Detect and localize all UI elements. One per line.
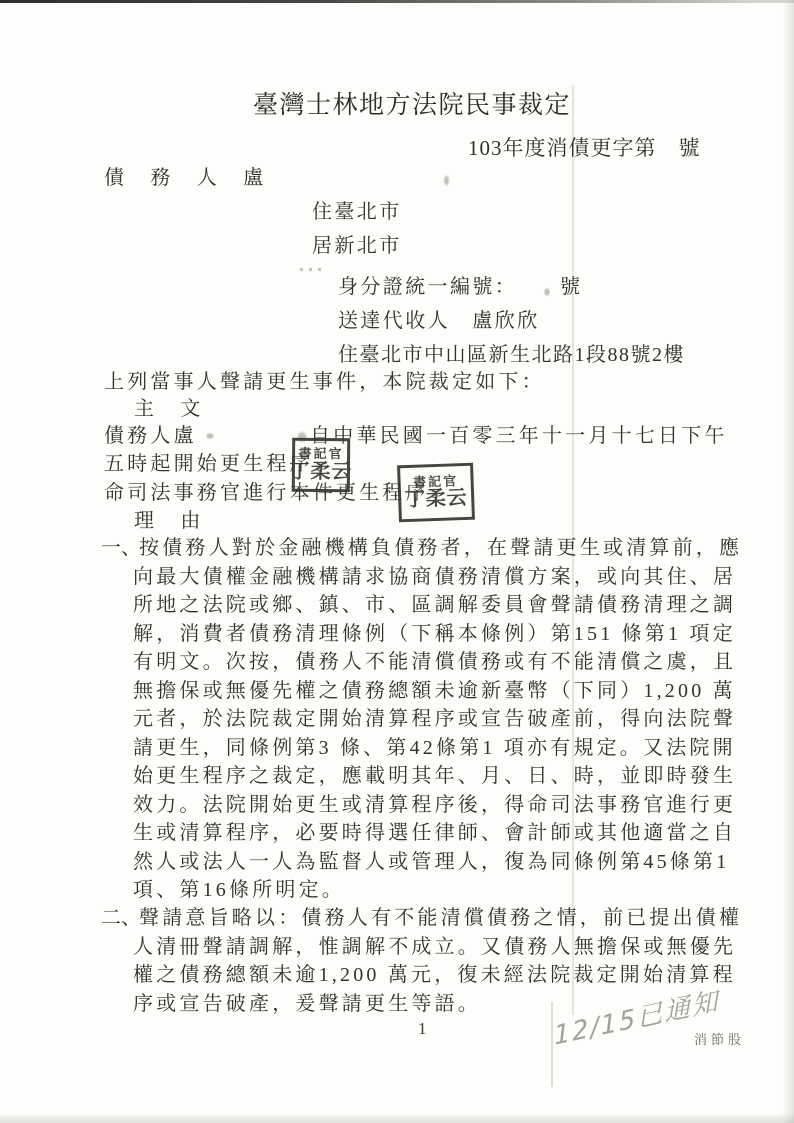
redaction-smudge-case-number [688,146,696,158]
reason-2-line: 序或宣告破產，爰聲請更生等語。 [133,993,481,1016]
main-line-1-left: 債務人盧 [104,425,197,448]
clerk-stamp-name: 丁柔云 [289,461,352,484]
redaction-dashes-address [300,268,326,271]
clerk-seal-stamp-1: 書記官 丁柔云 [292,438,350,493]
case-number: 103年度消債更字第 號 [468,136,701,160]
reason-1-line: 始更生程序之裁定，應載明其年、月、日、時，並即時發生 [133,765,736,788]
reason-1-line: 生或清算程序，必要時得選任律師、會計師或其他適當之自 [133,822,736,845]
court-ruling-page: 臺灣士林地方法院民事裁定 103年度消債更字第 號 債 務 人 盧 住臺北市 居… [0,0,794,1123]
reason-1-marker: 一、 [101,537,141,560]
residence-line-1: 住臺北市 [312,201,402,224]
reason-1-line: 項、第16條所明定。 [133,879,345,902]
debtor-line: 債 務 人 盧 [104,167,266,190]
redaction-smudge-id-number [543,287,551,297]
reason-1-line: 有明文。次按，債務人不能清償債務或有不能清償之虞，且 [133,651,736,674]
clerk-stamp-name: 丁柔云 [404,487,468,511]
reason-2-line: 人清冊聲請調解，惟調解不成立。又債務人無擔保或無優先 [133,936,736,959]
main-text-heading: 主 文 [134,398,204,421]
reason-2-line: 權之債務總額未逾1,200 萬元，復未經法院裁定開始清算程 [133,964,736,987]
main-line-1-right: 自中華民國一百零三年十一月十七日下午 [310,425,728,448]
reason-1-line: 向最大債權金融機構請求協商債務清償方案，或向其住、居 [133,566,736,589]
residence-line-2: 居新北市 [312,235,402,258]
redaction-smudge-debtor-name [443,174,450,187]
reason-1-line: 所地之法院或鄉、鎮、市、區調解委員會聲請債務清理之調 [133,594,736,617]
clerk-seal-stamp-2: 書記官 丁柔云 [397,463,475,523]
main-line-3: 命司法事務官進行本件更生程序 [104,482,429,505]
reason-1-line: 無擔保或無優先權之債務總額未逾新臺幣（下同）1,200 萬 [133,680,736,703]
reason-1-line: 按債務人對於金融機構負債務者，在聲請更生或清算前，應 [139,537,742,560]
id-number-label: 身分證統一編號： [338,276,517,299]
ruling-intro: 上列當事人聲請更生事件，本院裁定如下： [104,371,545,394]
right-edge-shade [782,0,794,1123]
division-label: 消節股 [694,1029,745,1048]
bottom-edge-shade [0,1113,794,1123]
reason-1-line: 效力。法院開始更生或清算程序後，得命司法事務官進行更 [133,794,736,817]
top-scan-edge [0,0,794,3]
redaction-smudge-main-name [205,432,215,440]
reason-1-line: 元者，於法院裁定開始清算程序或宣告破產前，得向法院聲 [133,708,736,731]
agent-address-line: 住臺北市中山區新生北路1段88號2樓 [338,344,685,367]
reason-2-line: 聲請意旨略以：債務人有不能清償債務之情，前已提出債權 [139,907,742,930]
court-title: 臺灣士林地方法院民事裁定 [253,92,571,121]
reason-1-line: 解，消費者債務清理條例（下稱本條例）第151 條第1 項定 [133,623,736,646]
clerk-stamp-title: 書記官 [299,447,344,461]
reason-1-line: 請更生，同條例第3 條、第42條第1 項亦有規定。又法院開 [133,737,736,760]
id-number-suffix: 號 [560,276,582,299]
reason-heading: 理 由 [134,510,204,533]
main-line-2: 五時起開始更生程序 [104,453,313,476]
service-agent-line: 送達代收人 盧欣欣 [338,310,540,333]
reason-1-line: 然人或法人一人為監督人或管理人，復為同條例第45條第1 [133,851,729,874]
page-number: 1 [418,1019,427,1039]
reason-2-marker: 二、 [101,907,141,930]
